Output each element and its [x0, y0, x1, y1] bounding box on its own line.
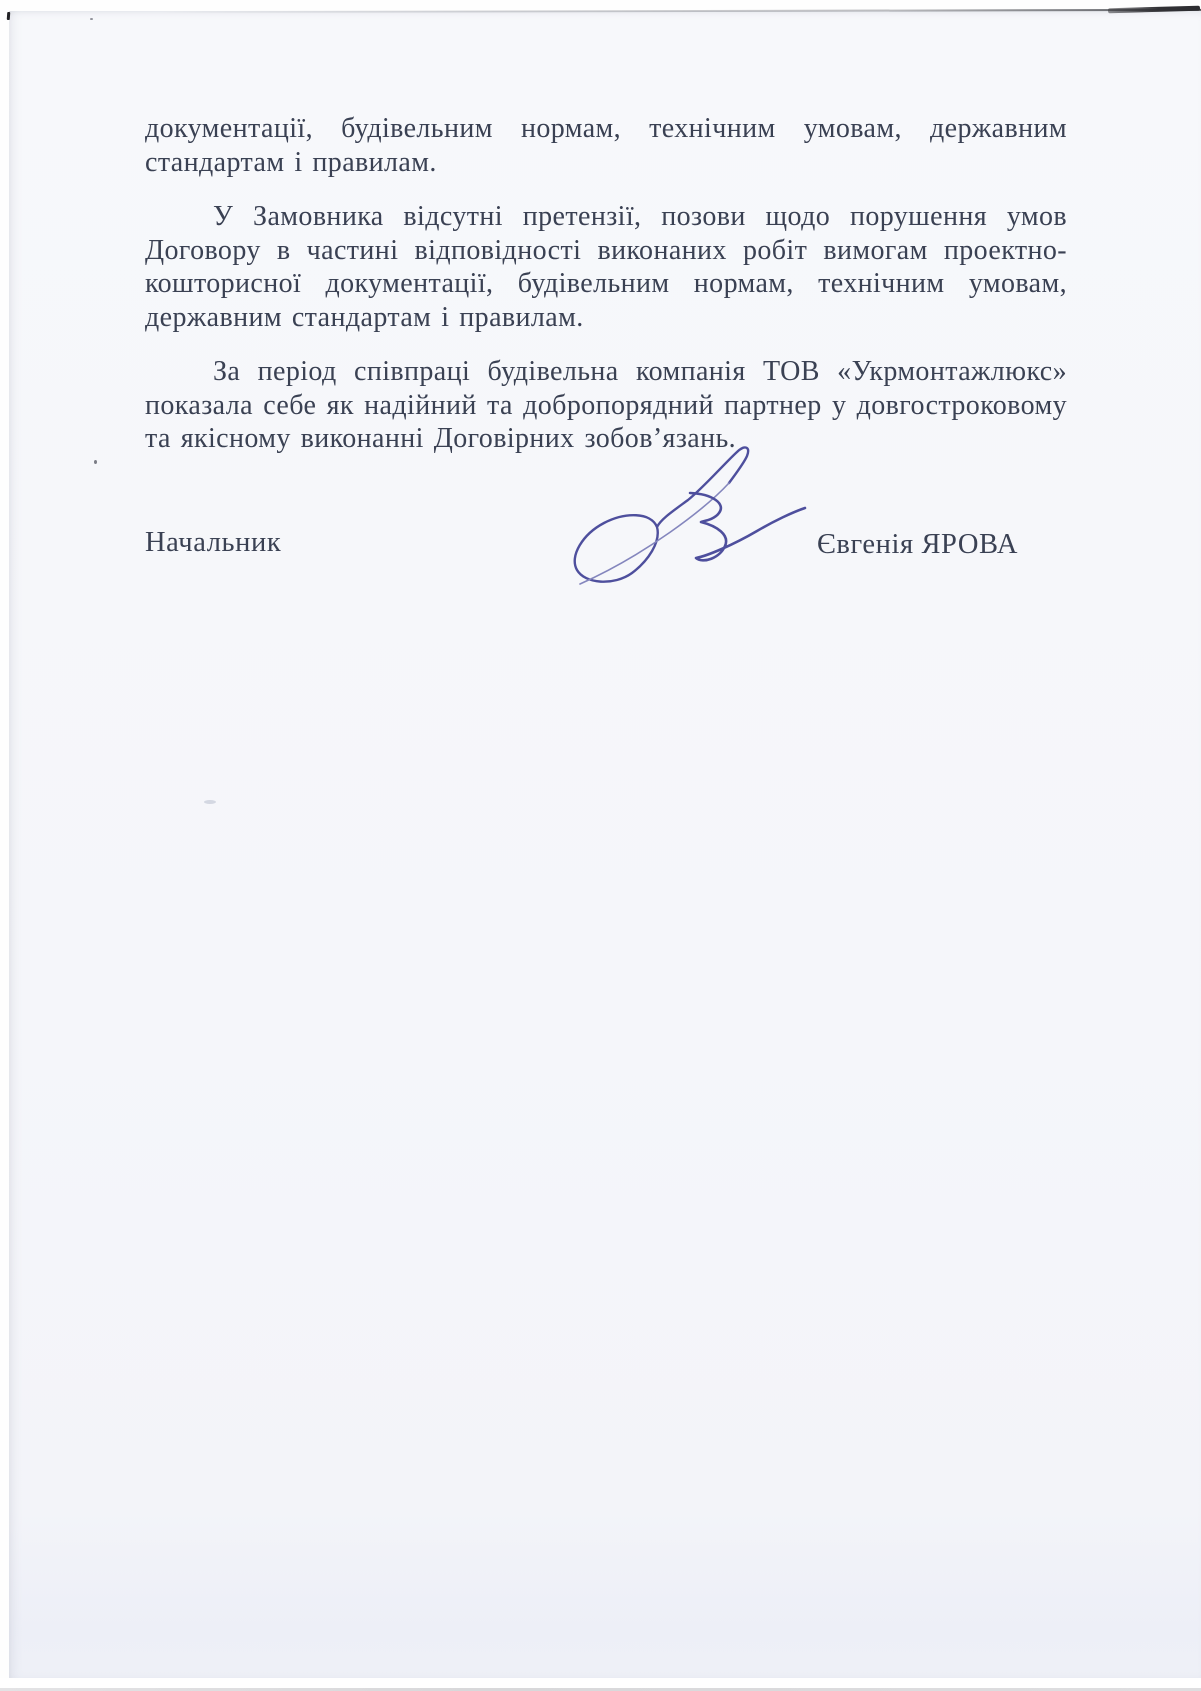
scan-corner-tick	[7, 12, 11, 20]
document-body: документації, будівельним нормам, техніч…	[145, 112, 1067, 456]
signer-name: Євгенія ЯРОВА	[817, 529, 1018, 561]
scan-speck	[90, 18, 93, 20]
paragraph-no-claims: У Замовника відсутні претензії, позови щ…	[145, 200, 1067, 334]
signer-title: Начальник	[145, 527, 281, 559]
scanned-page: документації, будівельним нормам, техніч…	[0, 0, 1201, 1691]
scan-bottom-margin	[0, 1678, 1201, 1688]
handwritten-signature-icon	[545, 413, 813, 599]
scan-speck	[94, 460, 97, 464]
paragraph-continuation: документації, будівельним нормам, техніч…	[145, 112, 1067, 179]
scan-smudge	[204, 800, 216, 804]
